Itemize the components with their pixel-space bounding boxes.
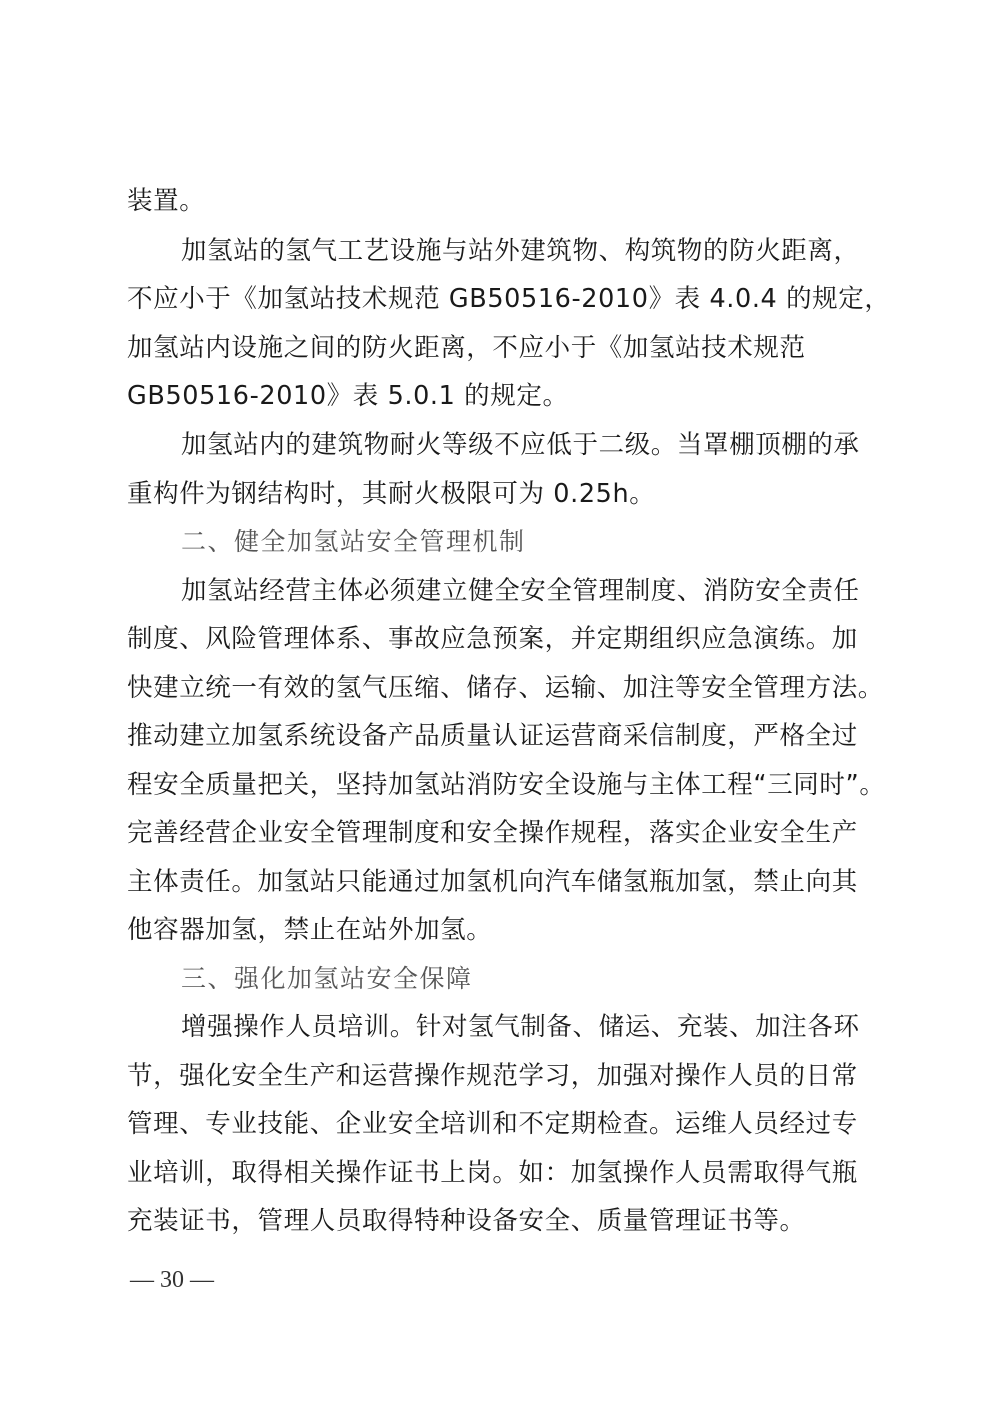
document-page: 装置。 加氢站的氢气工艺设施与站外建筑物、构筑物的防火距离， 不应小于《加氢站技… <box>0 0 1000 1414</box>
body-line: 充装证书，管理人员取得特种设备安全、质量管理证书等。 <box>127 1206 806 1236</box>
paragraph-training: 增强操作人员培训。针对氢气制备、储运、充装、加注各环 <box>181 1012 860 1042</box>
body-line: 业培训，取得相关操作证书上岗。如：加氢操作人员需取得气瓶 <box>127 1158 858 1188</box>
body-line: 主体责任。加氢站只能通过加氢机向汽车储氢瓶加氢，禁止向其 <box>127 867 858 897</box>
body-line: 重构件为钢结构时，其耐火极限可为 0.25h。 <box>127 479 655 509</box>
body-line: 推动建立加氢系统设备产品质量认证运营商采信制度，严格全过 <box>127 721 858 751</box>
body-line: 制度、风险管理体系、事故应急预案，并定期组织应急演练。加 <box>127 624 858 654</box>
body-line: 加氢站内设施之间的防火距离，不应小于《加氢站技术规范 <box>127 333 806 363</box>
paragraph-fire-distance: 加氢站的氢气工艺设施与站外建筑物、构筑物的防火距离， <box>181 236 860 266</box>
body-line: 装置。 <box>127 186 205 216</box>
page-number: — 30 — <box>130 1265 214 1295</box>
body-line: 节，强化安全生产和运营操作规范学习，加强对操作人员的日常 <box>127 1061 858 1091</box>
body-line: 管理、专业技能、企业安全培训和不定期检查。运维人员经过专 <box>127 1109 858 1139</box>
paragraph-fire-rating: 加氢站内的建筑物耐火等级不应低于二级。当罩棚顶棚的承 <box>181 430 860 460</box>
body-line: 快建立统一有效的氢气压缩、储存、运输、加注等安全管理方法。 <box>127 673 884 703</box>
body-line: 程安全质量把关，坚持加氢站消防安全设施与主体工程“三同时”。 <box>127 770 885 800</box>
paragraph-management: 加氢站经营主体必须建立健全安全管理制度、消防安全责任 <box>181 576 860 606</box>
body-line: 完善经营企业安全管理制度和安全操作规程，落实企业安全生产 <box>127 818 858 848</box>
body-line: 不应小于《加氢站技术规范 GB50516-2010》表 4.0.4 的规定， <box>127 284 890 314</box>
body-line: 他容器加氢，禁止在站外加氢。 <box>127 915 492 945</box>
section-heading-3: 三、强化加氢站安全保障 <box>181 964 473 994</box>
body-line: GB50516-2010》表 5.0.1 的规定。 <box>127 381 569 411</box>
section-heading-2: 二、健全加氢站安全管理机制 <box>181 527 526 557</box>
